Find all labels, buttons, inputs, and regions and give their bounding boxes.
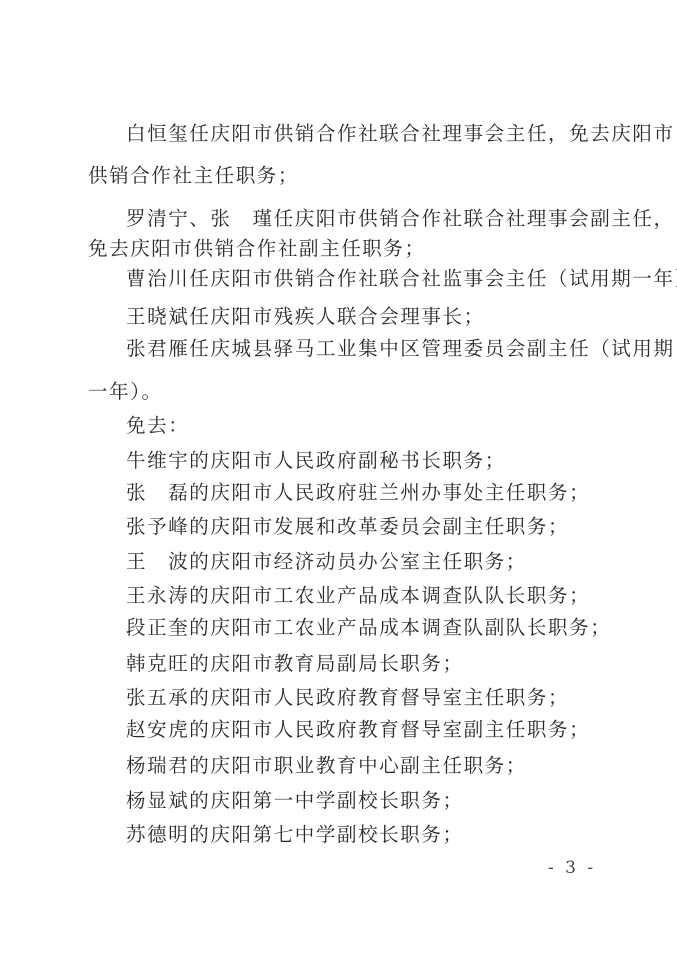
text-line: 张君雁任庆城县驿马工业集中区管理委员会副主任（试用期	[126, 336, 675, 362]
text-line: 段正奎的庆阳市工农业产品成本调查队副队长职务；	[126, 615, 611, 641]
text-line: 杨显斌的庆阳第一中学副校长职务；	[126, 788, 464, 814]
text-line: 免去：	[126, 413, 189, 439]
text-line: 王晓斌任庆阳市残疾人联合会理事长；	[126, 304, 485, 330]
text-line: 曹治川任庆阳市供销合作社联合社监事会主任（试用期一年）；	[126, 266, 677, 292]
text-line: 罗清宁、张 瑾任庆阳市供销合作社联合社理事会副主任，	[126, 206, 675, 232]
text-line: 苏德明的庆阳第七中学副校长职务；	[126, 822, 464, 848]
text-line: 张五承的庆阳市人民政府教育督导室主任职务；	[126, 685, 569, 711]
text-line: 王永涛的庆阳市工农业产品成本调查队队长职务；	[126, 583, 590, 609]
text-line: 张予峰的庆阳市发展和改革委员会副主任职务；	[126, 514, 569, 540]
text-line: 杨瑞君的庆阳市职业教育中心副主任职务；	[126, 753, 527, 779]
text-line: 白恒玺任庆阳市供销合作社联合社理事会主任，免去庆阳市	[126, 121, 675, 147]
text-line: 免去庆阳市供销合作社副主任职务；	[88, 236, 426, 262]
text-line: 一年）。	[88, 379, 163, 405]
document-page: 白恒玺任庆阳市供销合作社联合社理事会主任，免去庆阳市供销合作社主任职务；罗清宁、…	[0, 0, 677, 966]
text-line: 韩克旺的庆阳市教育局副局长职务；	[126, 651, 464, 677]
page-number: - 3 -	[548, 858, 596, 878]
text-line: 王 波的庆阳市经济动员办公室主任职务；	[126, 549, 527, 575]
text-line: 张 磊的庆阳市人民政府驻兰州办事处主任职务；	[126, 480, 590, 506]
text-line: 牛维宇的庆阳市人民政府副秘书长职务；	[126, 448, 506, 474]
text-line: 赵安虎的庆阳市人民政府教育督导室副主任职务；	[126, 717, 590, 743]
text-line: 供销合作社主任职务；	[88, 163, 299, 189]
